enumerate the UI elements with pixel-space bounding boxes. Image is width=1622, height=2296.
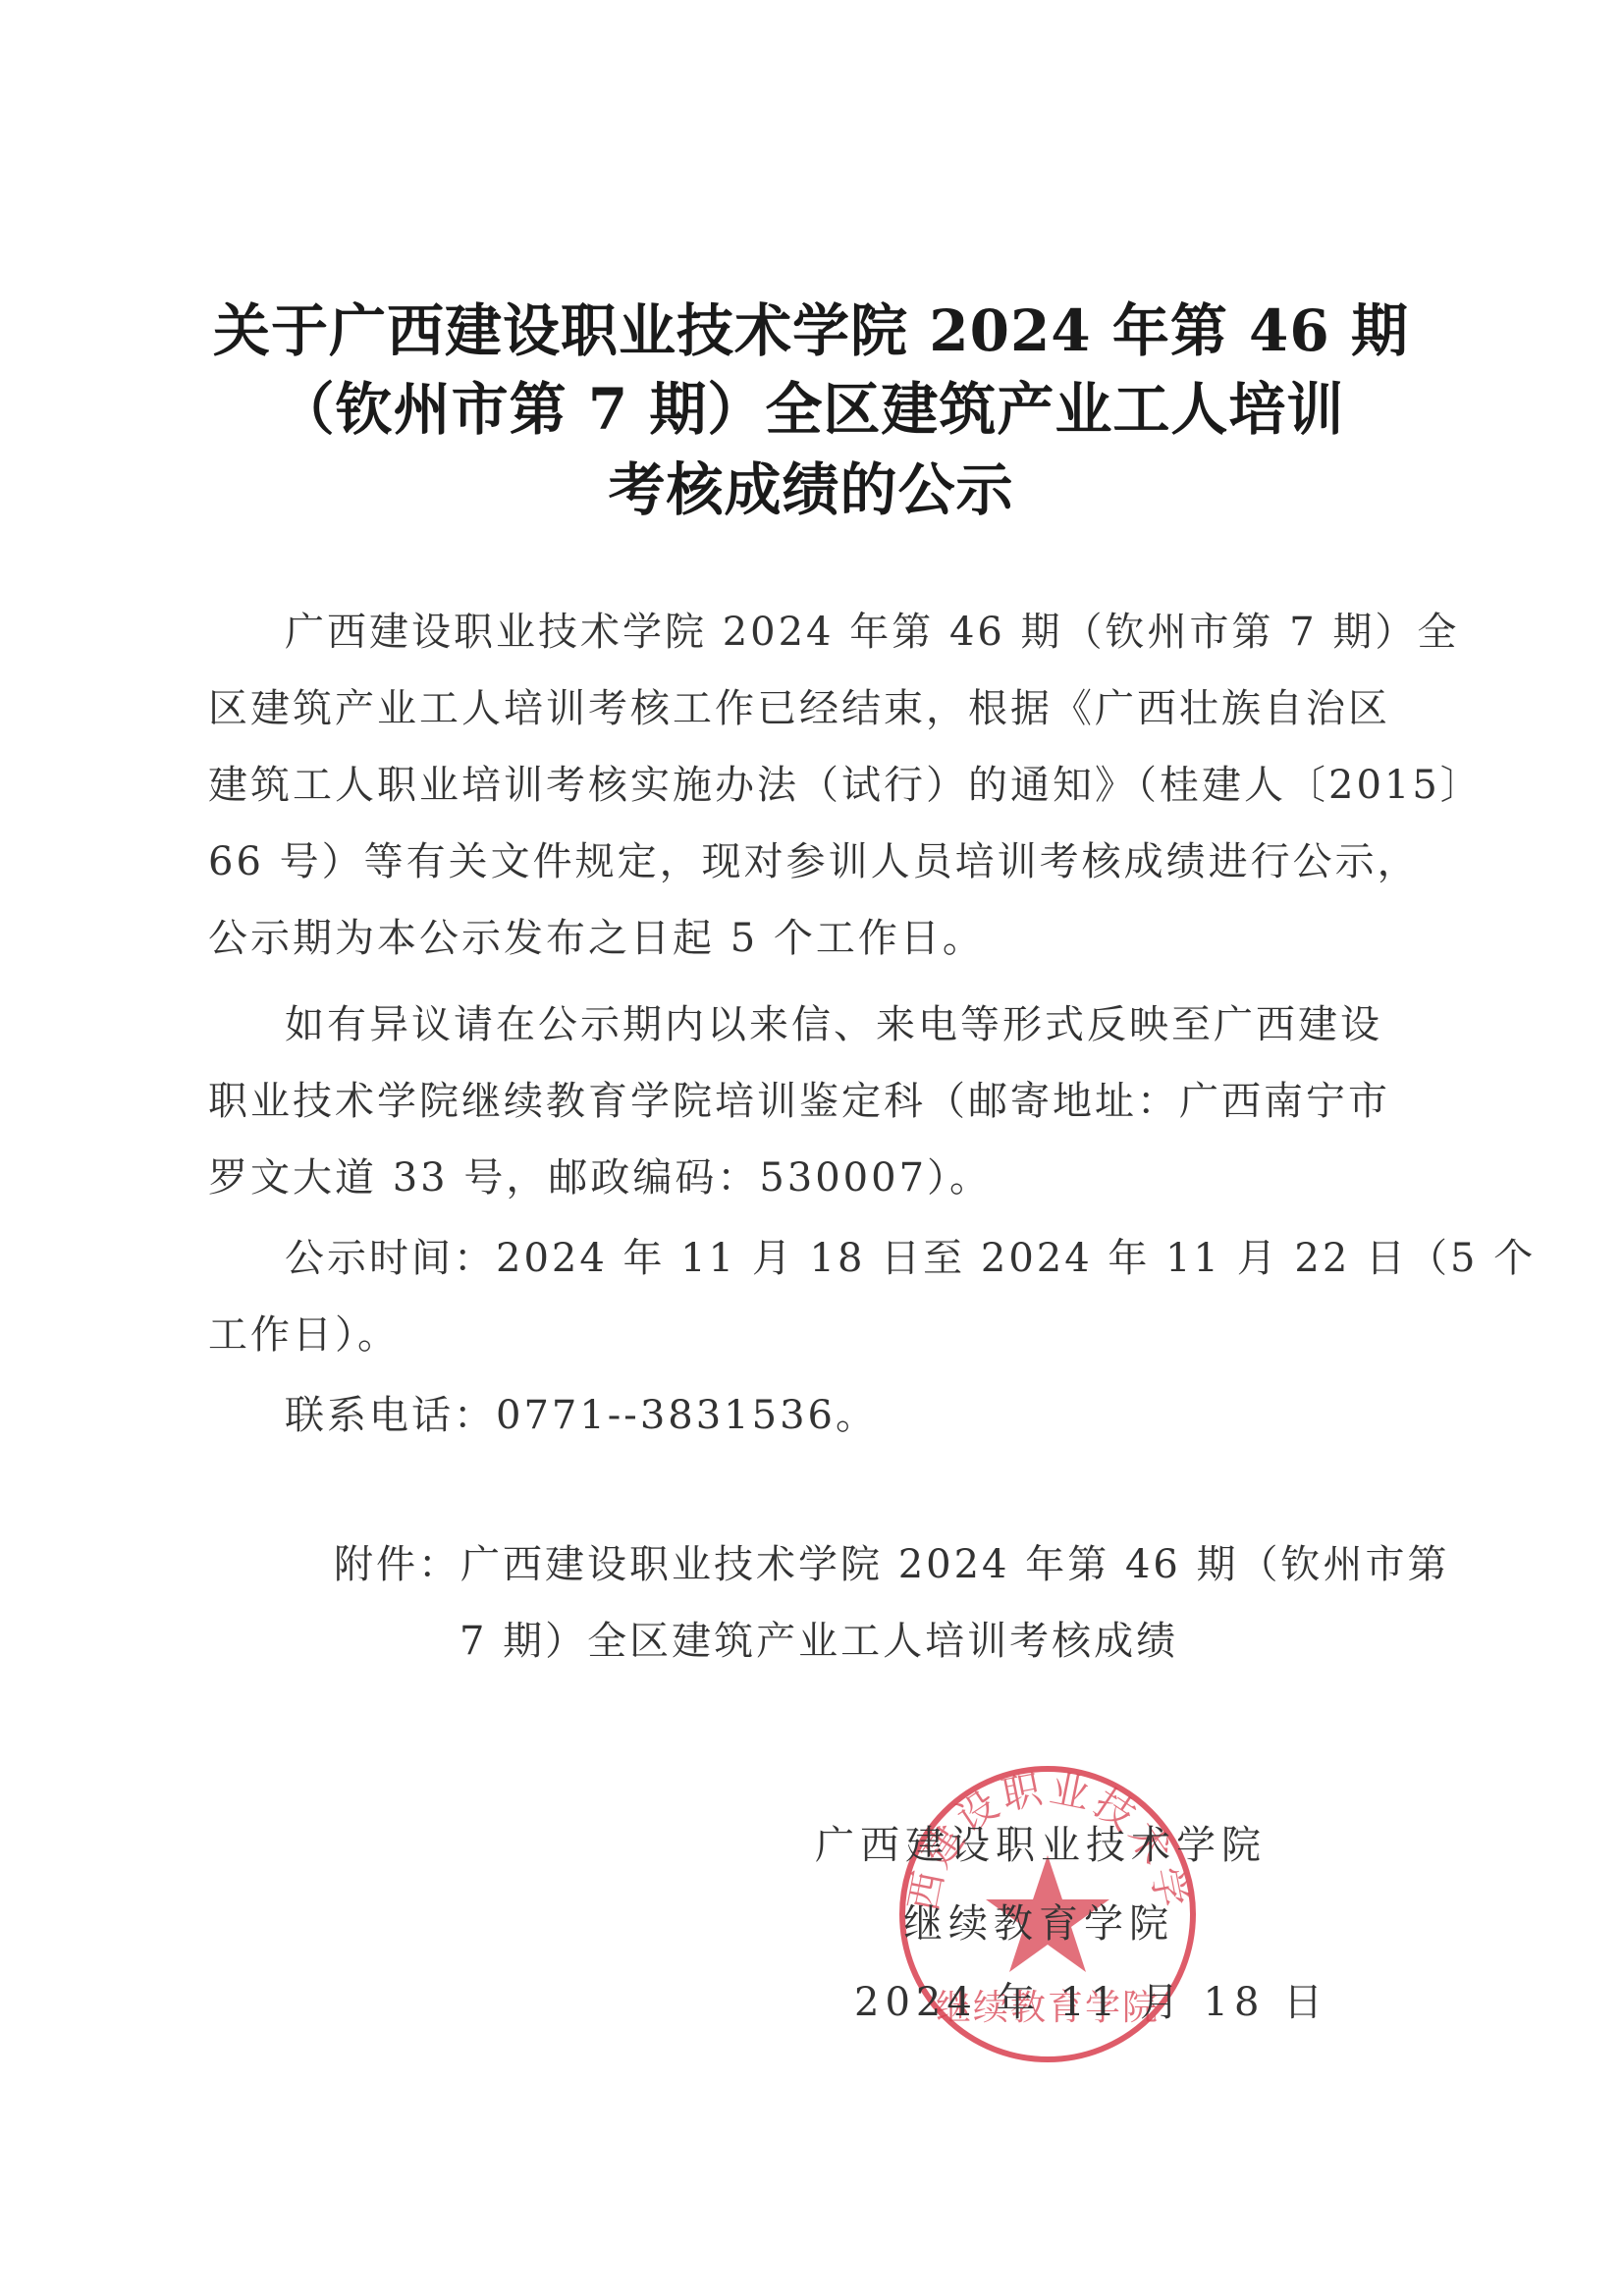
paragraph-line: 工作日）。 (208, 1304, 1416, 1360)
attachment-line: 7 期）全区建筑产业工人培训考核成绩 (460, 1610, 1622, 1666)
paragraph-line: 广西建设职业技术学院 2024 年第 46 期（钦州市第 7 期）全 (285, 601, 1492, 657)
signature-date: 2024 年 11 月 18 日 (854, 1971, 1328, 2027)
paragraph-line: 公示期为本公示发布之日起 5 个工作日。 (208, 907, 1416, 963)
contact-phone: 联系电话：0771--3831536。 (285, 1384, 1492, 1440)
paragraph-line: 建筑工人职业培训考核实施办法（试行）的通知》（桂建人〔2015〕 (208, 754, 1416, 810)
document-title-line-1: 关于广西建设职业技术学院 2024 年第 46 期 (0, 285, 1622, 367)
paragraph-line: 区建筑产业工人培训考核工作已经结束，根据《广西壮族自治区 (208, 677, 1416, 733)
signature-org: 广西建设职业技术学院 (815, 1814, 1267, 1870)
paragraph-line: 如有异议请在公示期内以来信、来电等形式反映至广西建设 (285, 993, 1492, 1049)
signature-dept: 继续教育学院 (903, 1893, 1174, 1949)
paragraph-line: 公示时间：2024 年 11 月 18 日至 2024 年 11 月 22 日（… (285, 1227, 1492, 1283)
paragraph-line: 66 号）等有关文件规定，现对参训人员培训考核成绩进行公示， (208, 830, 1416, 886)
attachment-line: 附件：广西建设职业技术学院 2024 年第 46 期（钦州市第 (334, 1533, 1541, 1589)
document-title-line-3: 考核成绩的公示 (0, 444, 1622, 526)
paragraph-line: 职业技术学院继续教育学院培训鉴定科（邮寄地址：广西南宁市 (208, 1070, 1416, 1126)
paragraph-line: 罗文大道 33 号，邮政编码：530007）。 (208, 1147, 1416, 1202)
document-title-line-2: （钦州市第 7 期）全区建筑产业工人培训 (0, 363, 1622, 446)
